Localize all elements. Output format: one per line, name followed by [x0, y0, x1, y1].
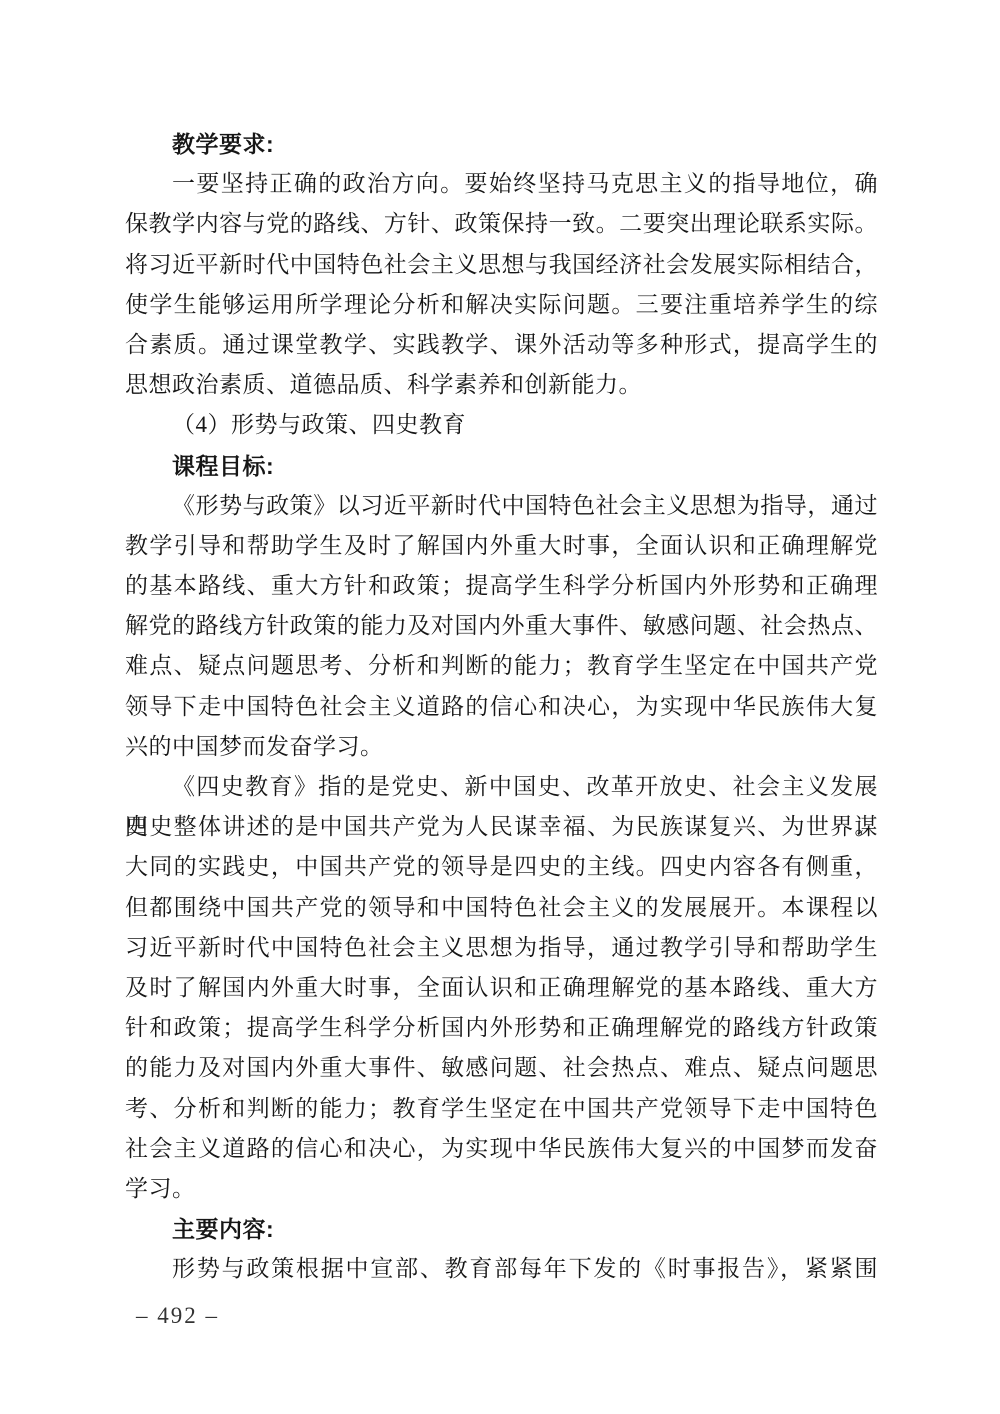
section-course-objectives: 课程目标: 《形势与政策》以习近平新时代中国特色社会主义思想为指导，通过 教学引…	[125, 446, 878, 1210]
text-line: 的基本路线、重大方针和政策；提高学生科学分析国内外形势和正确理	[125, 566, 878, 606]
section-4-title: （4）形势与政策、四史教育	[125, 405, 878, 445]
paragraph-teaching-requirements: 一要坚持正确的政治方向。要始终坚持马克思主义的指导地位，确 保教学内容与党的路线…	[125, 164, 878, 405]
text-line: 针和政策；提高学生科学分析国内外形势和正确理解党的路线方针政策	[125, 1008, 878, 1048]
text-line: 教学引导和帮助学生及时了解国内外重大时事，全面认识和正确理解党	[125, 526, 878, 566]
text-line: 《形势与政策》以习近平新时代中国特色社会主义思想为指导，通过	[125, 486, 878, 526]
text-line: 四史整体讲述的是中国共产党为人民谋幸福、为民族谋复兴、为世界谋	[125, 807, 878, 847]
text-line: 兴的中国梦而发奋学习。	[125, 727, 878, 767]
text-line: 难点、疑点问题思考、分析和判断的能力；教育学生坚定在中国共产党	[125, 646, 878, 686]
text-line: 及时了解国内外重大时事，全面认识和正确理解党的基本路线、重大方	[125, 968, 878, 1008]
heading-course-objectives: 课程目标:	[125, 446, 878, 486]
section-teaching-requirements: 教学要求: 一要坚持正确的政治方向。要始终坚持马克思主义的指导地位，确 保教学内…	[125, 124, 878, 405]
text-line: 思想政治素质、道德品质、科学素养和创新能力。	[125, 365, 878, 405]
text-line: 的能力及对国内外重大事件、敏感问题、社会热点、难点、疑点问题思	[125, 1048, 878, 1088]
text-line: 合素质。通过课堂教学、实践教学、课外活动等多种形式，提高学生的	[125, 325, 878, 365]
text-line: 考、分析和判断的能力；教育学生坚定在中国共产党领导下走中国特色	[125, 1089, 878, 1129]
text-line: 一要坚持正确的政治方向。要始终坚持马克思主义的指导地位，确	[125, 164, 878, 204]
page-body: 教学要求: 一要坚持正确的政治方向。要始终坚持马克思主义的指导地位，确 保教学内…	[125, 124, 878, 1289]
text-line: 形势与政策根据中宣部、教育部每年下发的《时事报告》，紧紧围	[125, 1249, 878, 1289]
text-line: 将习近平新时代中国特色社会主义思想与我国经济社会发展实际相结合，	[125, 245, 878, 285]
text-line: 学习。	[125, 1169, 878, 1209]
text-line: 社会主义道路的信心和决心，为实现中华民族伟大复兴的中国梦而发奋	[125, 1129, 878, 1169]
text-line: 使学生能够运用所学理论分析和解决实际问题。三要注重培养学生的综	[125, 285, 878, 325]
text-line: 习近平新时代中国特色社会主义思想为指导，通过教学引导和帮助学生	[125, 928, 878, 968]
text-line: 但都围绕中国共产党的领导和中国特色社会主义的发展展开。本课程以	[125, 888, 878, 928]
heading-main-content: 主要内容:	[125, 1209, 878, 1249]
text-line: 《四史教育》指的是党史、新中国史、改革开放史、社会主义发展史。	[125, 767, 878, 807]
paragraph-situation-and-policy: 《形势与政策》以习近平新时代中国特色社会主义思想为指导，通过 教学引导和帮助学生…	[125, 486, 878, 767]
heading-teaching-requirements: 教学要求:	[125, 124, 878, 164]
text-line: 解党的路线方针政策的能力及对国内外重大事件、敏感问题、社会热点、	[125, 606, 878, 646]
page-number: – 492 –	[136, 1301, 219, 1331]
document-page: 教学要求: 一要坚持正确的政治方向。要始终坚持马克思主义的指导地位，确 保教学内…	[0, 0, 1000, 1414]
paragraph-four-histories: 《四史教育》指的是党史、新中国史、改革开放史、社会主义发展史。 四史整体讲述的是…	[125, 767, 878, 1209]
text-line: 领导下走中国特色社会主义道路的信心和决心，为实现中华民族伟大复	[125, 687, 878, 727]
section-main-content: 主要内容: 形势与政策根据中宣部、教育部每年下发的《时事报告》，紧紧围	[125, 1209, 878, 1289]
text-line: 保教学内容与党的路线、方针、政策保持一致。二要突出理论联系实际。	[125, 204, 878, 244]
text-line: 大同的实践史，中国共产党的领导是四史的主线。四史内容各有侧重，	[125, 847, 878, 887]
paragraph-main-content: 形势与政策根据中宣部、教育部每年下发的《时事报告》，紧紧围	[125, 1249, 878, 1289]
